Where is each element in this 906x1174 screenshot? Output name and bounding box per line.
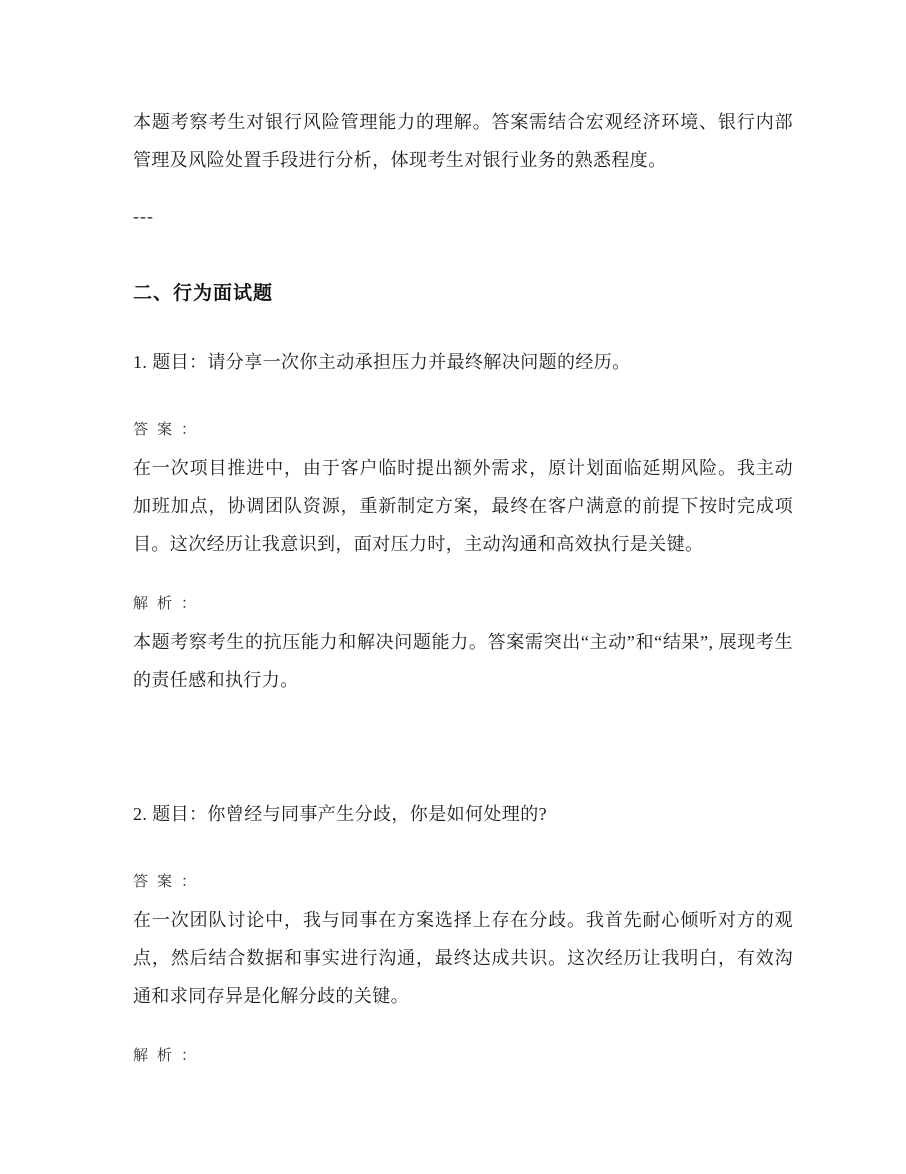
answer-label-2: 答案： [133,863,793,901]
section-heading: 二、行为面试题 [133,275,793,313]
document-content: 本题考察考生对银行风险管理能力的理解。答案需结合宏观经济环境、银行内部管理及风险… [0,0,793,1075]
analysis-label-1: 解析： [133,585,793,623]
analysis-label-2: 解析： [133,1037,793,1075]
answer-text-1: 在一次项目推进中，由于客户临时提出额外需求，原计划面临延期风险。我主动加班加点，… [133,449,793,563]
prev-question-analysis-text: 本题考察考生对银行风险管理能力的理解。答案需结合宏观经济环境、银行内部管理及风险… [133,103,793,179]
document-page: 本题考察考生对银行风险管理能力的理解。答案需结合宏观经济环境、银行内部管理及风险… [0,0,906,1174]
answer-text-2: 在一次团队讨论中，我与同事在方案选择上存在分歧。我首先耐心倾听对方的观点，然后结… [133,901,793,1015]
analysis-text-1: 本题考察考生的抗压能力和解决问题能力。答案需突出“主动”和“结果”, 展现考生的… [133,623,793,699]
question-1-title: 1. 题目：请分享一次你主动承担压力并最终解决问题的经历。 [133,343,793,381]
question-2-title: 2. 题目：你曾经与同事产生分歧，你是如何处理的? [133,795,793,833]
answer-label-1: 答案： [133,411,793,449]
markdown-divider: --- [133,197,793,235]
